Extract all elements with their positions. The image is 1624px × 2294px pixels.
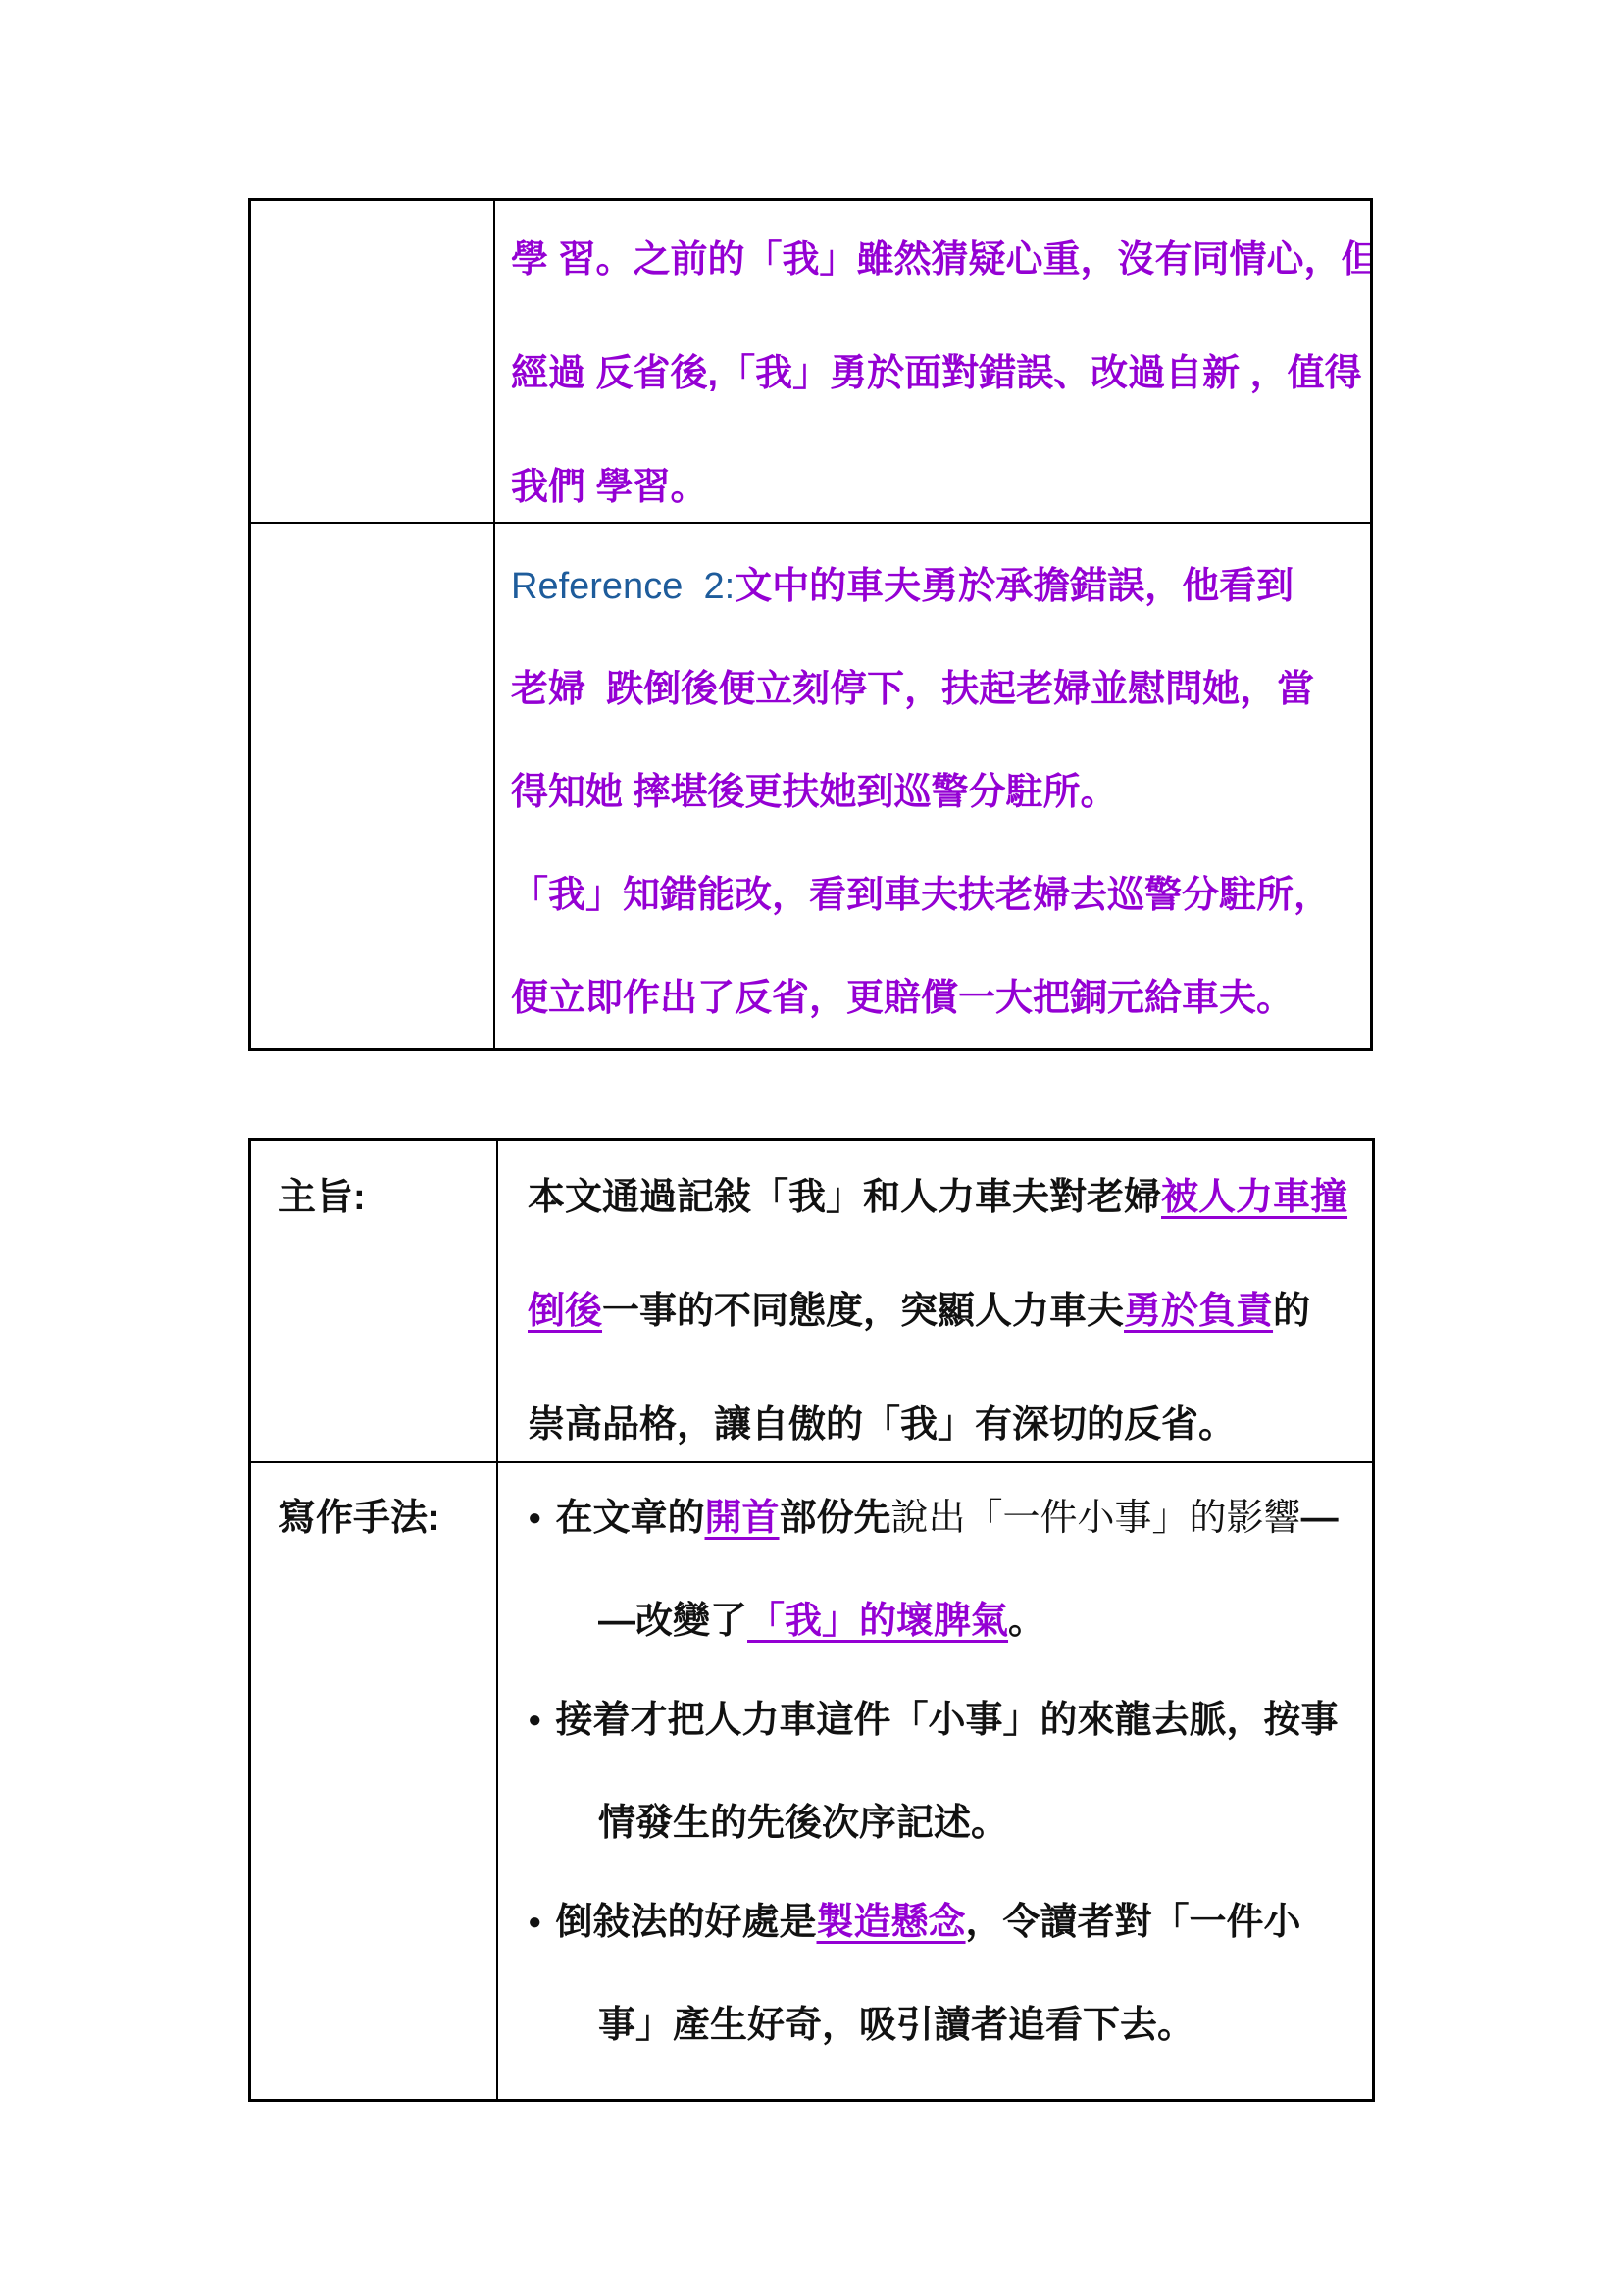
- text-line: 崇高品格，讓自傲的「我」有深切的反省。: [528, 1368, 1372, 1461]
- highlighted-segment: 被人力車撞: [1161, 1177, 1347, 1218]
- text-line: 老婦 跌倒後便立刻停下，扶起老婦並慰問她，當: [511, 638, 1370, 741]
- highlighted-segment: 製造懸念: [817, 1902, 966, 1943]
- document-page: 學 習。之前的「我」雖然猜疑心重，沒有同情心，但 經過 反省後,「我」勇於面對錯…: [0, 0, 1624, 2294]
- highlighted-segment: 倒後: [528, 1291, 602, 1332]
- text-line: 倒後一事的不同態度，突顯人力車夫勇於負責的: [528, 1254, 1372, 1368]
- text-line: Reference 2:文中的車夫勇於承擔錯誤，他看到: [511, 535, 1370, 638]
- text-segment: 本文通過記敍「我」和人力車夫對老婦: [528, 1177, 1161, 1218]
- text-line: 「我」知錯能改，看到車夫扶老婦去巡警分駐所，: [511, 844, 1370, 947]
- text-line: 學 習。之前的「我」雖然猜疑心重，沒有同情心，但: [511, 203, 1370, 317]
- text-line: —改變了「我」的壞脾氣。: [498, 1572, 1372, 1671]
- text-line: 情發生的先後次序記述。: [498, 1774, 1372, 1873]
- reference-text-segment: 文中的車夫勇於承擔錯誤，他看到: [735, 566, 1294, 607]
- bullet-icon: ●: [528, 1872, 542, 1971]
- text-segment: 一事的不同態度，突顯人力車夫: [602, 1291, 1124, 1332]
- text-segment: 部份先: [780, 1498, 891, 1539]
- text-segment: 。: [1008, 1601, 1045, 1642]
- bullet-icon: ●: [528, 1670, 542, 1769]
- text-line: 經過 反省後,「我」勇於面對錯誤、改過自新 ，值得: [511, 317, 1370, 431]
- text-segment: 倒敍法的好處是: [556, 1902, 817, 1943]
- text-segment: 接着才把人力車這件「小事」的來龍去脈，按事: [556, 1700, 1339, 1741]
- text-line: 我們 學習。: [511, 431, 1370, 522]
- reference-label: Reference 2:: [511, 566, 735, 607]
- reference-table-row1-label-cell: [251, 201, 493, 522]
- text-segment: ，令讀者對「一件小: [966, 1902, 1301, 1943]
- highlighted-segment: 開首: [705, 1498, 780, 1539]
- text-segment: 說出「一件小事」的影響: [891, 1498, 1301, 1539]
- reference-table-row2-label-cell: [251, 522, 493, 1048]
- bullet-line: ●接着才把人力車這件「小事」的來龍去脈，按事: [498, 1671, 1372, 1774]
- highlighted-segment: 「我」的壞脾氣: [747, 1601, 1008, 1642]
- theme-content-cell: 本文通過記敍「我」和人力車夫對老婦被人力車撞 倒後一事的不同態度，突顯人力車夫勇…: [496, 1141, 1372, 1461]
- bullet-line: ●在文章的開首部份先說出「一件小事」的影響—: [498, 1469, 1372, 1572]
- writing-technique-label-cell: 寫作手法:: [251, 1461, 496, 2099]
- theme-label: 主旨:: [279, 1141, 496, 1254]
- text-segment: —改變了: [598, 1601, 747, 1642]
- reference-table-row2-content-cell: Reference 2:文中的車夫勇於承擔錯誤，他看到 老婦 跌倒後便立刻停下，…: [493, 522, 1370, 1048]
- text-line: 本文通過記敍「我」和人力車夫對老婦被人力車撞: [528, 1141, 1372, 1254]
- text-segment: —: [1301, 1498, 1339, 1539]
- text-segment: 的: [1273, 1291, 1310, 1332]
- writing-technique-content-cell: ●在文章的開首部份先說出「一件小事」的影響— —改變了「我」的壞脾氣。 ●接着才…: [496, 1461, 1372, 2099]
- writing-technique-label: 寫作手法:: [279, 1469, 496, 1568]
- summary-table: 主旨: 本文通過記敍「我」和人力車夫對老婦被人力車撞 倒後一事的不同態度，突顯人…: [248, 1138, 1375, 2102]
- text-segment: 在文章的: [556, 1498, 705, 1539]
- bullet-icon: ●: [528, 1468, 542, 1567]
- theme-label-cell: 主旨:: [251, 1141, 496, 1461]
- reference-table-row1-content-cell: 學 習。之前的「我」雖然猜疑心重，沒有同情心，但 經過 反省後,「我」勇於面對錯…: [493, 201, 1370, 522]
- bullet-line: ●倒敍法的好處是製造懸念，令讀者對「一件小: [498, 1873, 1372, 1976]
- reference-table: 學 習。之前的「我」雖然猜疑心重，沒有同情心，但 經過 反省後,「我」勇於面對錯…: [248, 198, 1373, 1051]
- text-line: 事」產生好奇，吸引讀者追看下去。: [498, 1976, 1372, 2075]
- highlighted-segment: 勇於負責: [1124, 1291, 1273, 1332]
- text-line: 便立即作出了反省，更賠償一大把銅元給車夫。: [511, 947, 1370, 1048]
- text-line: 得知她 摔堪後更扶她到巡警分駐所。: [511, 741, 1370, 844]
